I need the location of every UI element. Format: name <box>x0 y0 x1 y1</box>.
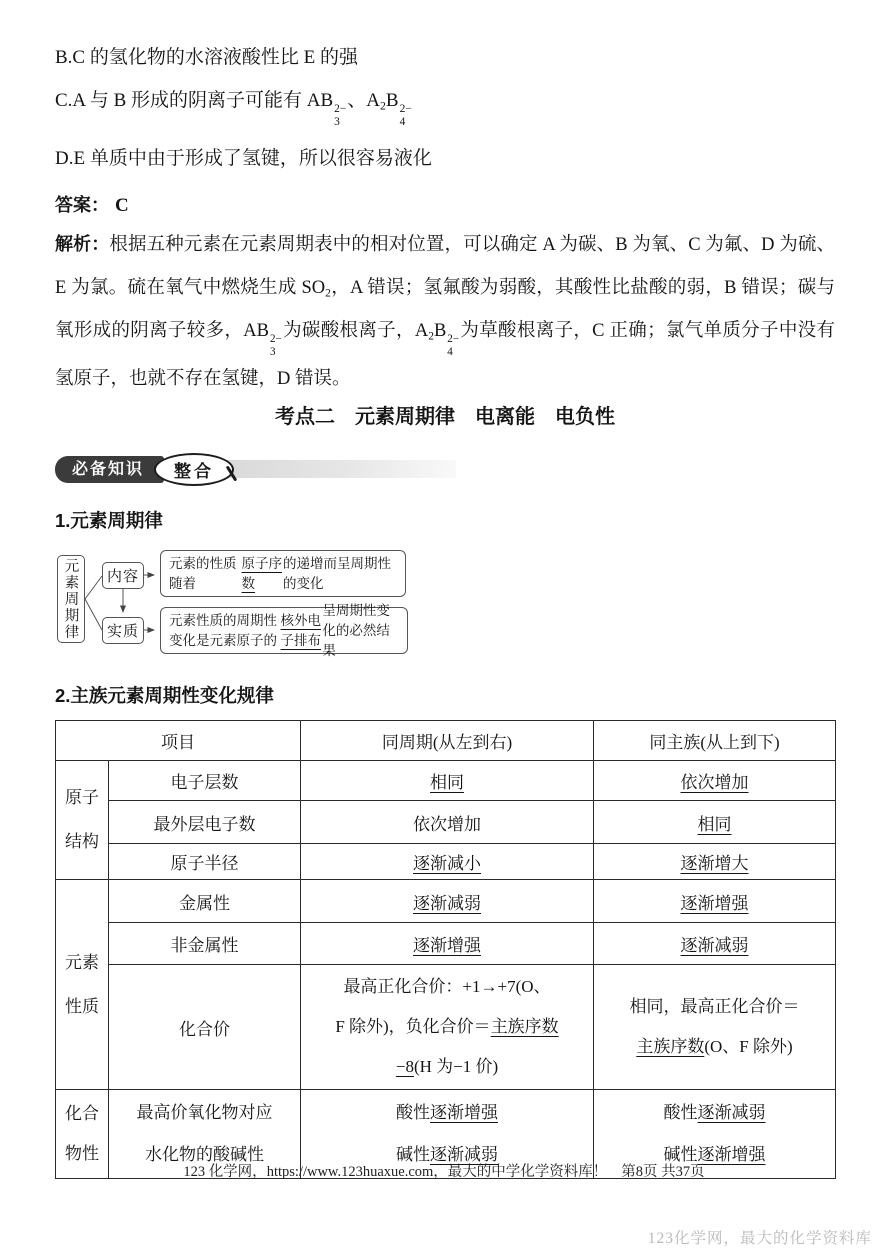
badge-secondary-label: 整合 <box>154 453 234 486</box>
analysis-text: 根据五种元素在元素周期表中的相对位置，可以确定 A 为碳、B 为氧、C 为氟、D… <box>55 235 835 389</box>
cell-period: 逐渐增强 <box>301 923 594 965</box>
answer-label: 答案： <box>55 195 109 215</box>
option-c: C.A 与 B 形成的阴离子可能有 AB2−3、A2B2−4 <box>55 89 835 128</box>
section-title: 考点二 元素周期律 电离能 电负性 <box>55 403 835 431</box>
footer-site: 123 化学网， <box>183 1164 266 1180</box>
footer-url: https://www.123huaxue.com <box>267 1164 434 1180</box>
group-element-properties: 元素性质 <box>56 880 109 1090</box>
answer-value: C <box>115 195 129 216</box>
diagram-content-desc: 元素的性质随着原子序数的递增而呈周期性的变化 <box>160 550 406 597</box>
badge-primary-label: 必备知识 <box>55 456 164 483</box>
table-row: 元素性质 金属性 逐渐减弱 逐渐增强 <box>56 880 836 923</box>
part1-heading: 1.元素周期律 <box>55 509 835 533</box>
option-b: B.C 的氢化物的水溶液酸性比 E 的强 <box>55 46 835 70</box>
table-header-row: 项目 同周期(从左到右) 同主族(从上到下) <box>56 721 836 761</box>
diagram-essence-node: 实质 <box>102 617 144 644</box>
cell-period: 相同 <box>301 761 594 801</box>
footer-page-number: 第8页 共37页 <box>621 1164 704 1180</box>
diagram-content-node: 内容 <box>102 562 144 589</box>
cell-item: 最外层电子数 <box>109 801 301 844</box>
cell-item: 非金属性 <box>109 923 301 965</box>
cell-family: 相同，最高正化合价＝主族序数(O、F 除外) <box>594 965 836 1090</box>
header-family: 同主族(从上到下) <box>594 721 836 761</box>
cell-period: 逐渐减弱 <box>301 880 594 923</box>
analysis-label: 解析： <box>55 234 109 254</box>
table-row: 原子半径 逐渐减小 逐渐增大 <box>56 844 836 880</box>
cell-period: 最高正化合价：+1→+7(O、F 除外)，负化合价＝主族序数−8(H 为−1 价… <box>301 965 594 1090</box>
group-atomic-structure: 原子结构 <box>56 761 109 880</box>
cell-family: 依次增加 <box>594 761 836 801</box>
cell-family: 逐渐增大 <box>594 844 836 880</box>
cell-item: 金属性 <box>109 880 301 923</box>
cell-family: 相同 <box>594 801 836 844</box>
cell-item: 原子半径 <box>109 844 301 880</box>
knowledge-badge: 必备知识 整合 <box>55 451 835 487</box>
header-period: 同周期(从左到右) <box>301 721 594 761</box>
periodicity-table: 项目 同周期(从左到右) 同主族(从上到下) 原子结构 电子层数 相同 依次增加… <box>55 720 836 1179</box>
cell-item: 电子层数 <box>109 761 301 801</box>
diagram-essence-desc: 元素性质的周期性变化是元素原子的核外电子排布呈周期性变化的必然结果 <box>160 607 408 654</box>
diagram-root-node: 元素周期律 <box>57 555 85 643</box>
watermark-text: 123化学网，最大的化学资料库 <box>648 1226 872 1248</box>
analysis-paragraph: 解析：根据五种元素在元素周期表中的相对位置，可以确定 A 为碳、B 为氧、C 为… <box>55 223 835 401</box>
footer-tagline: ，最大的中学化学资料库！ <box>433 1164 607 1180</box>
table-row: 化合价 最高正化合价：+1→+7(O、F 除外)，负化合价＝主族序数−8(H 为… <box>56 965 836 1090</box>
table-row: 原子结构 电子层数 相同 依次增加 <box>56 761 836 801</box>
part2-heading: 2.主族元素周期性变化规律 <box>55 684 835 708</box>
table-row: 最外层电子数 依次增加 相同 <box>56 801 836 844</box>
cell-family: 逐渐增强 <box>594 880 836 923</box>
periodic-law-diagram: 元素周期律 内容 实质 元素的性质随着原子序数的递增而呈周期性的变化 元素性质的… <box>55 546 835 658</box>
option-d: D.E 单质中由于形成了氢键，所以很容易液化 <box>55 147 835 171</box>
cell-period: 依次增加 <box>301 801 594 844</box>
answer-line: 答案：C <box>55 191 835 217</box>
page-footer: 123 化学网，https://www.123huaxue.com，最大的中学化… <box>0 1160 888 1181</box>
cell-period: 逐渐减小 <box>301 844 594 880</box>
document-page: B.C 的氢化物的水溶液酸性比 E 的强 C.A 与 B 形成的阴离子可能有 A… <box>0 0 888 1255</box>
table-row: 非金属性 逐渐增强 逐渐减弱 <box>56 923 836 965</box>
cell-item: 化合价 <box>109 965 301 1090</box>
cell-family: 逐渐减弱 <box>594 923 836 965</box>
header-item: 项目 <box>56 721 301 761</box>
